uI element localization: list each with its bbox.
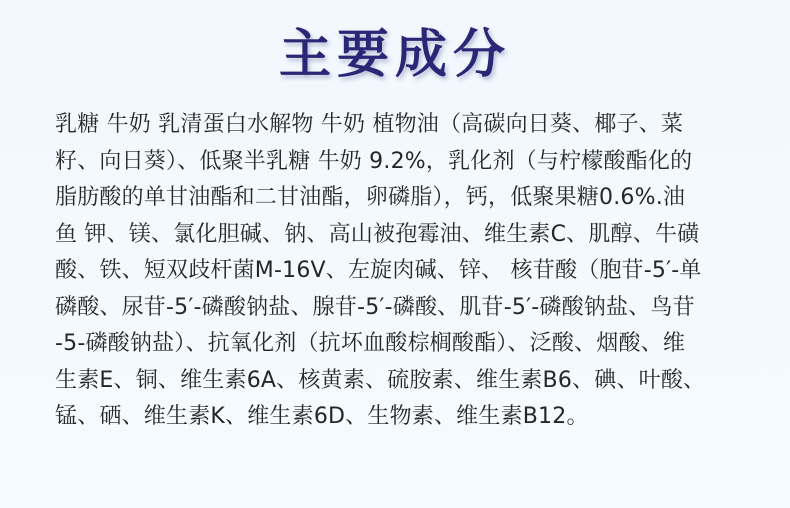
- ingredients-line: 脂肪酸的单甘油酯和二甘油酯，卵磷脂），钙，低聚果糖0.6%.油: [55, 180, 745, 217]
- ingredients-line: 酸、铁、短双歧杆菌M-16V、左旋肉碱、锌、 核苷酸（胞苷-5′-单: [55, 253, 745, 290]
- ingredients-line: 鱼 钾、镁、氯化胆碱、钠、高山被孢霉油、维生素C、肌醇、牛磺: [55, 217, 745, 254]
- ingredients-line: 乳糖 牛奶 乳清蛋白水解物 牛奶 植物油（高碳向日葵、椰子、菜: [55, 107, 745, 144]
- ingredients-line: 磷酸、尿苷-5′-磷酸钠盐、腺苷-5′-磷酸、肌苷-5′-磷酸钠盐、鸟苷: [55, 290, 745, 327]
- ingredients-line: 籽、向日葵）、低聚半乳糖 牛奶 9.2%，乳化剂（与柠檬酸酯化的: [55, 144, 745, 181]
- ingredients-line: 锰、硒、维生素K、维生素6D、生物素、维生素B12。: [55, 399, 745, 436]
- ingredients-text: 乳糖 牛奶 乳清蛋白水解物 牛奶 植物油（高碳向日葵、椰子、菜 籽、向日葵）、低…: [55, 107, 745, 436]
- ingredients-line: -5-磷酸钠盐）、抗氧化剂（抗坏血酸棕榈酸酯）、泛酸、烟酸、维: [55, 326, 745, 363]
- section-title: 主要成分: [0, 18, 790, 92]
- ingredients-line: 生素E、铜、维生素6A、核黄素、硫胺素、维生素B6、碘、叶酸、: [55, 363, 745, 400]
- ingredients-panel: 主要成分 乳糖 牛奶 乳清蛋白水解物 牛奶 植物油（高碳向日葵、椰子、菜 籽、向…: [0, 0, 790, 508]
